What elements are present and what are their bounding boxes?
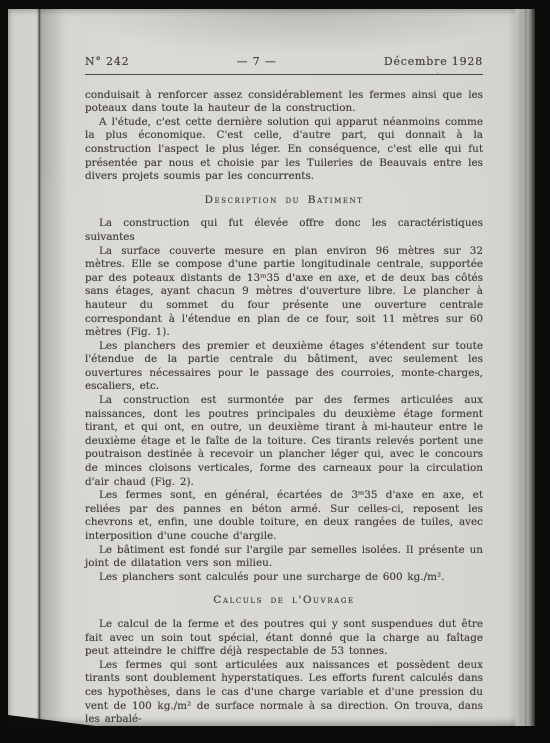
book-page: N° 242 — 7 — Décembre 1928 conduisait à …	[8, 9, 535, 726]
body-paragraph: Les fermes qui sont articulées aux naiss…	[85, 659, 483, 727]
body-paragraph: Le calcul de la ferme et des poutres qui…	[85, 618, 483, 659]
header-rule	[85, 74, 483, 75]
body-paragraph: conduisait à renforcer assez considérabl…	[85, 89, 483, 116]
body-paragraph: Le bâtiment est fondé sur l'argile par s…	[85, 544, 483, 571]
body-paragraph: A l'étude, c'est cette dernière solution…	[85, 116, 483, 184]
issue-date: Décembre 1928	[384, 55, 483, 69]
section-heading-description-du-batiment: Description du Batiment	[85, 194, 483, 208]
page-number: — 7 —	[237, 55, 277, 69]
body-paragraph: La construction qui fut élevée offre don…	[85, 217, 483, 244]
body-paragraph: La construction est surmontée par des fe…	[85, 394, 483, 489]
body-paragraph: Les fermes sont, en général, écartées de…	[85, 489, 483, 543]
book-scan-photo: N° 242 — 7 — Décembre 1928 conduisait à …	[0, 0, 550, 743]
page-header: N° 242 — 7 — Décembre 1928	[85, 55, 483, 69]
page-edge-stack	[508, 9, 535, 726]
body-paragraph: Les planchers des premier et deuxième ét…	[85, 340, 483, 394]
page-content: N° 242 — 7 — Décembre 1928 conduisait à …	[85, 55, 483, 727]
body-paragraph: La surface couverte mesure en plan envir…	[85, 245, 483, 340]
section-heading-calculs-de-l-ouvrage: Calculs de l'Ouvrage	[85, 594, 483, 608]
issue-number: N° 242	[85, 55, 129, 69]
cover-corner-wedge	[8, 715, 103, 727]
body-paragraph: Les planchers sont calculés pour une sur…	[85, 571, 483, 585]
gutter-shadow	[41, 9, 67, 726]
